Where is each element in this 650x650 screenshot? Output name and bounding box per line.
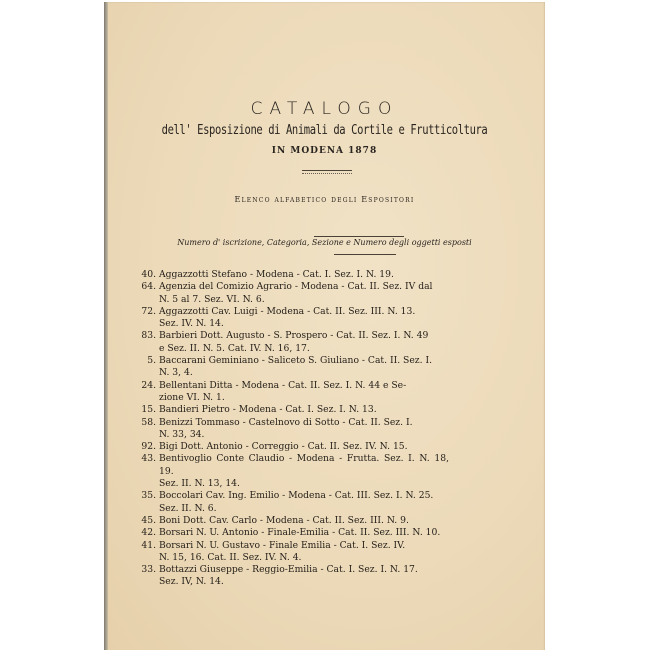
entry-text: Bottazzi Giuseppe - Reggio-Emilia - Cat.… — [159, 564, 418, 575]
entry-text: Boccolari Cav. Ing. Emilio - Modena - Ca… — [159, 490, 433, 501]
entry-text: Agenzia del Comizio Agrario - Modena - C… — [159, 281, 433, 292]
exhibitor-list: 40.Aggazzotti Stefano - Modena - Cat. I.… — [139, 269, 449, 589]
exhibitor-entry: 33.Bottazzi Giuseppe - Reggio-Emilia - C… — [139, 564, 449, 589]
exhibitor-entry: 35.Boccolari Cav. Ing. Emilio - Modena -… — [139, 490, 449, 515]
entry-text: Boni Dott. Cav. Carlo - Modena - Cat. II… — [159, 515, 409, 526]
exhibitor-entry: 41.Borsari N. U. Gustavo - Finale Emilia… — [139, 540, 449, 565]
legend-rule-top — [314, 236, 404, 237]
catalog-subtitle: dell' Esposizione di Animali da Cortile … — [104, 123, 545, 138]
entry-number: 33. — [139, 564, 159, 576]
exhibitor-entry: 42.Borsari N. U. Antonio - Finale-Emilia… — [139, 527, 449, 539]
entry-number: 72. — [139, 306, 159, 318]
exhibitor-entry: 24.Bellentani Ditta - Modena - Cat. II. … — [139, 380, 449, 405]
exhibitor-entry: 92.Bigi Dott. Antonio - Correggio - Cat.… — [139, 441, 449, 453]
entry-continuation: N. 15, 16. Cat. II. Sez. IV. N. 4. — [159, 552, 449, 564]
entry-number: 41. — [139, 540, 159, 552]
entry-text: Bentivoglio Conte Claudio - Modena - Fru… — [159, 453, 449, 476]
entry-number: 15. — [139, 404, 159, 416]
entry-text: Baccarani Geminiano - Saliceto S. Giulia… — [159, 355, 432, 366]
entry-number: 24. — [139, 380, 159, 392]
ornamental-divider — [302, 170, 352, 174]
entry-number: 42. — [139, 527, 159, 539]
entry-number: 40. — [139, 269, 159, 281]
entry-continuation: zione VI. N. 1. — [159, 392, 449, 404]
exhibitor-entry: 43.Bentivoglio Conte Claudio - Modena - … — [139, 453, 449, 490]
entry-text: Bellentani Ditta - Modena - Cat. II. Sez… — [159, 380, 406, 391]
entry-text: Benizzi Tommaso - Castelnovo di Sotto - … — [159, 417, 413, 428]
entry-continuation: Sez. IV. N. 14. — [159, 318, 449, 330]
entry-number: 5. — [139, 355, 159, 367]
entry-continuation: N. 3, 4. — [159, 367, 449, 379]
entry-continuation: e Sez. II. N. 5. Cat. IV. N. 16, 17. — [159, 343, 449, 355]
entry-text: Bigi Dott. Antonio - Correggio - Cat. II… — [159, 441, 408, 452]
entry-continuation: N. 33, 34. — [159, 429, 449, 441]
exhibitor-entry: 83.Barbieri Dott. Augusto - S. Prospero … — [139, 330, 449, 355]
entry-continuation: Sez. II. N. 6. — [159, 503, 449, 515]
column-legend: Numero d' iscrizione, Categoria, Sezione… — [104, 238, 545, 247]
catalog-place-date: IN MODENA 1878 — [104, 146, 545, 156]
catalog-page: CATALOGO dell' Esposizione di Animali da… — [104, 2, 545, 650]
entry-text: Borsari N. U. Gustavo - Finale Emilia - … — [159, 540, 405, 551]
entry-number: 64. — [139, 281, 159, 293]
exhibitor-entry: 40.Aggazzotti Stefano - Modena - Cat. I.… — [139, 269, 449, 281]
entry-text: Aggazzotti Cav. Luigi - Modena - Cat. II… — [159, 306, 415, 317]
entry-number: 58. — [139, 417, 159, 429]
entry-number: 43. — [139, 453, 159, 465]
entry-number: 83. — [139, 330, 159, 342]
exhibitor-entry: 15.Bandieri Pietro - Modena - Cat. I. Se… — [139, 404, 449, 416]
entry-continuation: Sez. IV, N. 14. — [159, 576, 449, 588]
entry-number: 92. — [139, 441, 159, 453]
entry-text: Borsari N. U. Antonio - Finale-Emilia - … — [159, 527, 440, 538]
exhibitor-entry: 45.Boni Dott. Cav. Carlo - Modena - Cat.… — [139, 515, 449, 527]
exhibitor-entry: 72.Aggazzotti Cav. Luigi - Modena - Cat.… — [139, 306, 449, 331]
entry-continuation: N. 5 al 7. Sez. VI. N. 6. — [159, 294, 449, 306]
exhibitor-entry: 64.Agenzia del Comizio Agrario - Modena … — [139, 281, 449, 306]
entry-text: Barbieri Dott. Augusto - S. Prospero - C… — [159, 330, 428, 341]
exhibitor-entry: 5.Baccarani Geminiano - Saliceto S. Giul… — [139, 355, 449, 380]
entry-text: Aggazzotti Stefano - Modena - Cat. I. Se… — [159, 269, 394, 280]
legend-rule-bottom — [334, 254, 396, 255]
catalog-title: CATALOGO — [104, 99, 545, 119]
entry-text: Bandieri Pietro - Modena - Cat. I. Sez. … — [159, 404, 377, 415]
entry-number: 45. — [139, 515, 159, 527]
exhibitor-entry: 58.Benizzi Tommaso - Castelnovo di Sotto… — [139, 417, 449, 442]
entry-continuation: Sez. II. N. 13, 14. — [159, 478, 449, 490]
entry-number: 35. — [139, 490, 159, 502]
section-heading: Elenco alfabetico degli Espositori — [104, 195, 545, 204]
